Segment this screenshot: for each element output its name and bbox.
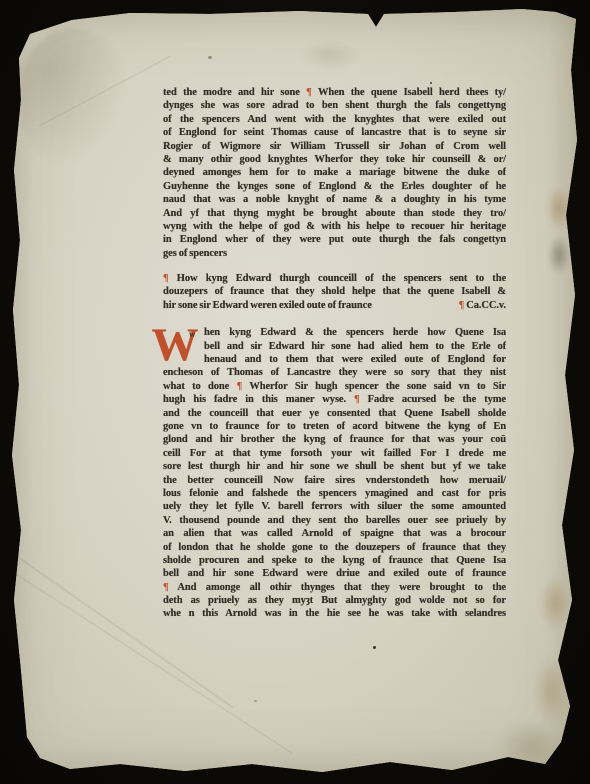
text-line: what to done ¶ Wherfor Sir hugh spencer …: [163, 380, 506, 393]
edge-stain: [540, 575, 570, 631]
text-line: hugh his fadre in this maner wyse. ¶ Fad…: [163, 393, 506, 406]
paragraph-spacer: [163, 312, 506, 326]
ink-speck: [373, 646, 376, 649]
text-line: uely they let fylle V. barell ferrors wi…: [163, 500, 506, 513]
text-line: deyned amonges hem for to make a mariage…: [163, 166, 506, 179]
text-line: henaud and to them that were exiled oute…: [163, 353, 506, 366]
pilcrow-mark: ¶: [163, 273, 169, 284]
text-line: sore lest thurgh hir and hir sone we shu…: [163, 460, 506, 473]
text-line: glond and hir brother the kyng of fraunc…: [163, 433, 506, 446]
text-line: of the spencers And went with the knyght…: [163, 113, 506, 126]
text-line: wyng with the helpe of god & with his he…: [163, 220, 506, 233]
text-line: ¶ And amonge all othir thynges that they…: [163, 581, 506, 594]
printed-text-block: ted the modre and hir sone ¶ When the qu…: [163, 86, 506, 621]
text-line: ¶ How kyng Edward thurgh counceill of th…: [163, 272, 506, 285]
text-line: naud that was a noble knyght of name & a…: [163, 193, 506, 206]
ink-speck: [208, 56, 212, 59]
edge-stain: [546, 185, 572, 231]
chapter-heading: ¶ How kyng Edward thurgh counceill of th…: [163, 272, 506, 312]
guide-letter: w: [189, 329, 196, 339]
text-line: the better counceill Now faire sires vnd…: [163, 474, 506, 487]
text-line: V. thousend pounde and they sent tho bar…: [163, 514, 506, 527]
text-line: lous felonie and falshede the spencers y…: [163, 487, 506, 500]
heading-text: hir sone sir Edward weren exiled oute of…: [163, 299, 372, 312]
text-line: encheson of Thomas of Lancastre they wer…: [163, 366, 506, 379]
edge-stain: [495, 720, 565, 770]
text-line: douzepers of fraunce that they shold hel…: [163, 285, 506, 298]
pilcrow-mark: ¶: [459, 300, 465, 311]
text-line: And yf that thyng myght be brought about…: [163, 207, 506, 220]
text-line: an alien that was called Arnold of spaig…: [163, 527, 506, 540]
text-line: ceill For at that tyme forsoth your wit …: [163, 447, 506, 460]
text-line: dynges she was sore adrad to ben shent t…: [163, 99, 506, 112]
text-line: in Englond wher of they were put oute th…: [163, 233, 506, 246]
ink-speck: [254, 700, 257, 702]
paper-stain: [300, 40, 360, 70]
chapter-heading-last-line: hir sone sir Edward weren exiled oute of…: [163, 299, 506, 312]
paragraph-chapter-body: W w hen kyng Edward & the spencers herde…: [163, 326, 506, 621]
edge-stain: [533, 655, 569, 727]
text-line: of london that he sholde gone to the dou…: [163, 541, 506, 554]
ink-speck: [430, 82, 432, 84]
text-line: bell and sir Edward hir sone had alied h…: [163, 340, 506, 353]
text-line: whe n this Arnold was in the hie see he …: [163, 607, 506, 620]
body-lines: encheson of Thomas of Lancastre they wer…: [163, 366, 506, 620]
text-line: Guyhenne the kynges sone of Englond & th…: [163, 180, 506, 193]
pilcrow-mark: ¶: [163, 582, 169, 593]
pilcrow-mark: ¶: [237, 381, 243, 392]
text-line: gone vn to fraunce for to treten of acor…: [163, 420, 506, 433]
text-line: and the counceill that euer ye consented…: [163, 407, 506, 420]
paper-crease: [38, 55, 171, 127]
text-line: deth as priuely as they myȝt But almyght…: [163, 594, 506, 607]
pilcrow-mark: ¶: [306, 87, 312, 98]
photographed-manuscript-leaf: ted the modre and hir sone ¶ When the qu…: [0, 0, 590, 784]
corner-stain: [18, 28, 128, 168]
parchment-leaf: ted the modre and hir sone ¶ When the qu…: [0, 0, 590, 784]
pilcrow-mark: ¶: [354, 394, 360, 405]
paragraph-spacer: [163, 260, 506, 272]
edge-stain: [548, 235, 570, 275]
text-line: & many othir good knyghtes Wherfor they …: [163, 153, 506, 166]
text-line: ges of spencers: [163, 247, 506, 260]
text-line: sholde procuren and speke to the kyng of…: [163, 554, 506, 567]
text-line: ted the modre and hir sone ¶ When the qu…: [163, 86, 506, 99]
dropcap-indented-lines: hen kyng Edward & the spencers herde how…: [163, 326, 506, 366]
chapter-number: ¶ Ca.CC.v.: [459, 299, 506, 312]
text-line: bell and hir sone Edward were driue and …: [163, 567, 506, 580]
paragraph-first: ted the modre and hir sone ¶ When the qu…: [163, 86, 506, 260]
text-line: Rogier of Wigmore sir William Trussell s…: [163, 140, 506, 153]
text-line: hen kyng Edward & the spencers herde how…: [163, 326, 506, 339]
text-line: of Englond for seint Thomas cause of lan…: [163, 126, 506, 139]
